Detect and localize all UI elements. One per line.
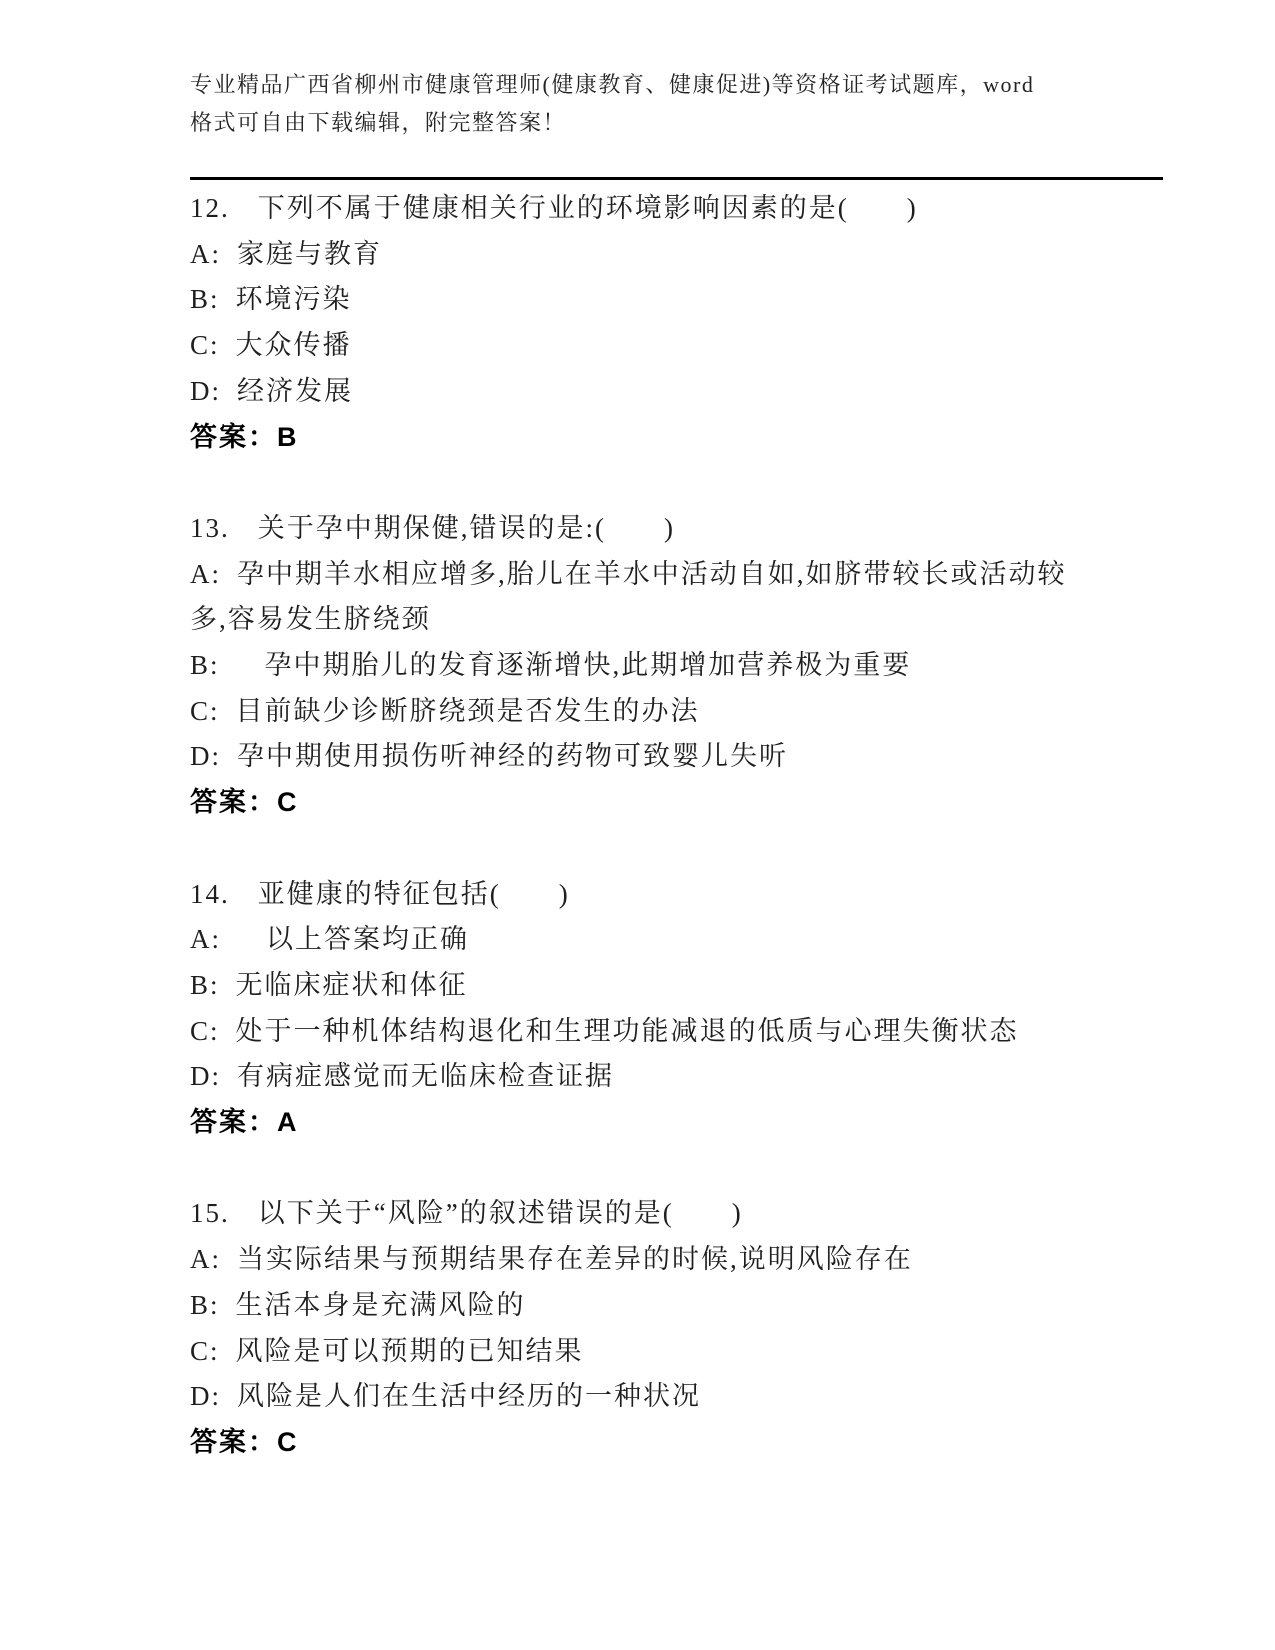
option-row: C:目前缺少诊断脐绕颈是否发生的办法 [190,689,1095,735]
option-row: D:有病症感觉而无临床检查证据 [190,1054,1095,1100]
option-text: 以上答案均正确 [237,924,469,954]
option-text: 当实际结果与预期结果存在差异的时候,说明风险存在 [237,1244,913,1274]
option-text: 环境污染 [236,284,352,314]
option-label: B: [190,284,220,314]
option-label: D: [190,741,221,771]
option-label: A: [190,1244,221,1274]
question-text: 关于孕中期保健,错误的是:( ) [258,513,675,543]
option-row: B: 孕中期胎儿的发育逐渐增快,此期增加营养极为重要 [190,643,1095,689]
answer-row: 答案：B [190,415,1095,461]
answer-value: B [277,422,299,452]
option-row: B:环境污染 [190,277,1095,323]
option-label: C: [190,330,220,360]
option-label: B: [190,970,220,1000]
option-text: 有病症感觉而无临床检查证据 [237,1061,614,1091]
option-row: D:经济发展 [190,369,1095,415]
option-text: 目前缺少诊断脐绕颈是否发生的办法 [236,696,700,726]
answer-label: 答案： [190,1427,277,1457]
question-number: 13. [190,513,230,543]
question-block: 13.关于孕中期保健,错误的是:( )A:孕中期羊水相应增多,胎儿在羊水中活动自… [190,506,1095,826]
option-label: B: [190,650,220,680]
option-text: 经济发展 [237,376,353,406]
option-label: A: [190,239,221,269]
option-row: B:无临床症状和体征 [190,963,1095,1009]
option-row: B:生活本身是充满风险的 [190,1283,1095,1329]
question-block: 12.下列不属于健康相关行业的环境影响因素的是( )A:家庭与教育B:环境污染C… [190,186,1095,460]
option-text: 无临床症状和体征 [236,970,468,1000]
option-label: D: [190,1061,221,1091]
answer-row: 答案：C [190,780,1095,826]
question-text: 亚健康的特征包括( ) [258,879,570,909]
question-block: 15.以下关于“风险”的叙述错误的是( )A:当实际结果与预期结果存在差异的时候… [190,1191,1095,1465]
option-row: A:孕中期羊水相应增多,胎儿在羊水中活动自如,如脐带较长或活动较多,容易发生脐绕… [190,552,1095,643]
option-text: 孕中期胎儿的发育逐渐增快,此期增加营养极为重要 [236,650,912,680]
answer-label: 答案： [190,787,277,817]
option-label: C: [190,1336,220,1366]
answer-value: A [277,1107,299,1137]
option-row: D:风险是人们在生活中经历的一种状况 [190,1374,1095,1420]
document-page: 专业精品广西省柳州市健康管理师(健康教育、健康促进)等资格证考试题库，word … [0,0,1275,1650]
answer-value: C [277,1427,299,1457]
answer-label: 答案： [190,1107,277,1137]
question-number: 12. [190,193,230,223]
option-text: 生活本身是充满风险的 [236,1290,526,1320]
option-text: 家庭与教育 [237,239,382,269]
answer-label: 答案： [190,422,277,452]
option-row: A:当实际结果与预期结果存在差异的时候,说明风险存在 [190,1237,1095,1283]
header-divider-line [190,177,1163,180]
header-line-1: 专业精品广西省柳州市健康管理师(健康教育、健康促进)等资格证考试题库，word [190,66,1095,104]
option-text: 风险是可以预期的已知结果 [236,1336,584,1366]
option-label: A: [190,924,221,954]
option-label: D: [190,1381,221,1411]
option-row: C:风险是可以预期的已知结果 [190,1329,1095,1375]
option-text: 风险是人们在生活中经历的一种状况 [237,1381,701,1411]
question-number: 15. [190,1198,230,1228]
option-row: A:家庭与教育 [190,232,1095,278]
option-text: 孕中期羊水相应增多,胎儿在羊水中活动自如,如脐带较长或活动较多,容易发生脐绕颈 [190,559,1067,635]
option-label: C: [190,696,220,726]
option-row: A: 以上答案均正确 [190,917,1095,963]
option-row: D:孕中期使用损伤听神经的药物可致婴儿失听 [190,734,1095,780]
answer-row: 答案：C [190,1420,1095,1466]
option-label: C: [190,1016,220,1046]
page-header: 专业精品广西省柳州市健康管理师(健康教育、健康促进)等资格证考试题库，word … [190,66,1095,142]
question-text: 下列不属于健康相关行业的环境影响因素的是( ) [258,193,918,223]
option-label: B: [190,1290,220,1320]
question-title: 13.关于孕中期保健,错误的是:( ) [190,506,1095,552]
question-number: 14. [190,879,230,909]
answer-value: C [277,787,299,817]
option-label: A: [190,559,221,589]
answer-row: 答案：A [190,1100,1095,1146]
option-row: C:大众传播 [190,323,1095,369]
option-label: D: [190,376,221,406]
question-title: 15.以下关于“风险”的叙述错误的是( ) [190,1191,1095,1237]
header-line-2: 格式可自由下载编辑，附完整答案！ [190,104,1095,142]
option-row: C:处于一种机体结构退化和生理功能减退的低质与心理失衡状态 [190,1009,1095,1055]
question-title: 12.下列不属于健康相关行业的环境影响因素的是( ) [190,186,1095,232]
questions-list: 12.下列不属于健康相关行业的环境影响因素的是( )A:家庭与教育B:环境污染C… [190,186,1095,1466]
option-text: 处于一种机体结构退化和生理功能减退的低质与心理失衡状态 [236,1016,1019,1046]
option-text: 大众传播 [236,330,352,360]
question-title: 14.亚健康的特征包括( ) [190,872,1095,918]
option-text: 孕中期使用损伤听神经的药物可致婴儿失听 [237,741,788,771]
question-block: 14.亚健康的特征包括( )A: 以上答案均正确B:无临床症状和体征C:处于一种… [190,872,1095,1146]
question-text: 以下关于“风险”的叙述错误的是( ) [258,1198,743,1228]
